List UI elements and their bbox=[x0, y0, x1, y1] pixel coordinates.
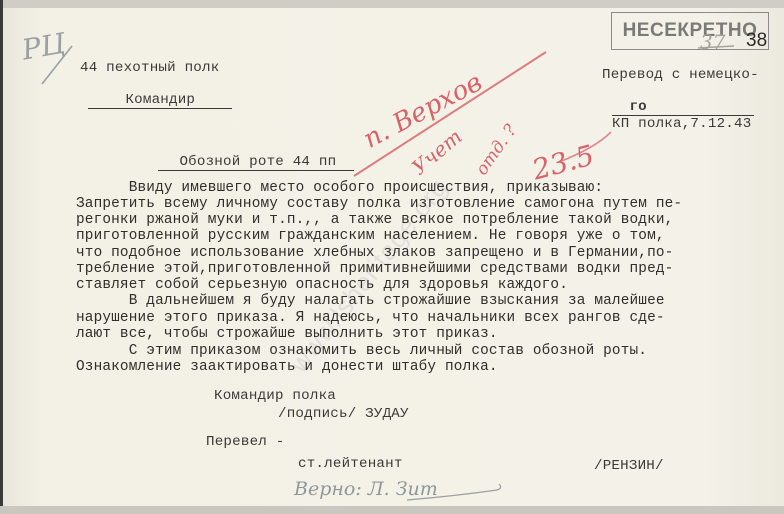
body-line: Запретить всему личному составу полка из… bbox=[76, 196, 682, 212]
page-number: 38 bbox=[746, 30, 767, 52]
commander-title: Командир bbox=[88, 76, 232, 109]
body-line: требление этой,приготовленной примитивне… bbox=[76, 261, 673, 277]
translator-rank: ст.лейтенант bbox=[298, 456, 403, 472]
body-line: регонки ржаной муки и т.п.,, а также вся… bbox=[76, 212, 673, 228]
addressee: Обозной роте 44 пп bbox=[158, 138, 354, 171]
signature-underline-icon bbox=[405, 482, 505, 504]
unit-name: 44 пехотный полк bbox=[80, 60, 219, 76]
pencil-slash-icon bbox=[38, 42, 78, 88]
body-line: лают все, чтобы строжайше выполнить этот… bbox=[76, 326, 498, 342]
scan-bottom-edge bbox=[0, 506, 784, 514]
body-line: нарушение этого приказа. Я надеюсь, что … bbox=[76, 310, 665, 326]
body-line: Ввиду имевшего место особого происшестви… bbox=[76, 180, 603, 196]
scan-top-edge bbox=[0, 0, 784, 8]
signer-signature: /подпись/ ЗУДАУ bbox=[278, 406, 409, 422]
body-line: Ознакомление заактировать и донести штаб… bbox=[76, 359, 498, 375]
red-resolution-stroke-icon bbox=[350, 48, 550, 180]
translation-note: Перевод с немецко- bbox=[602, 67, 759, 83]
place-date: КП полка,7.12.43 bbox=[612, 116, 751, 132]
body-line: что подобное использование хлебных злако… bbox=[76, 245, 673, 261]
addressee-text: Обозной роте 44 пп bbox=[179, 154, 336, 170]
signer-role: Командир полка bbox=[214, 388, 336, 404]
translated-by-label: Перевел - bbox=[206, 434, 284, 450]
body-line: С этим приказом ознакомить весь личный с… bbox=[76, 343, 647, 359]
translation-note-cont: го bbox=[612, 83, 754, 116]
commander-title-text: Командир bbox=[125, 92, 195, 108]
translation-note-cont-text: го bbox=[629, 99, 646, 115]
strike-icon bbox=[696, 38, 736, 54]
translator-name: /РЕНЗИН/ bbox=[594, 458, 664, 474]
body-line: приготовленной русским гражданским насел… bbox=[76, 228, 665, 244]
body-line: В дальнейшем я буду налагать строжайшие … bbox=[76, 293, 665, 309]
body-line: ставляет собой серьезную опасность для з… bbox=[76, 277, 568, 293]
